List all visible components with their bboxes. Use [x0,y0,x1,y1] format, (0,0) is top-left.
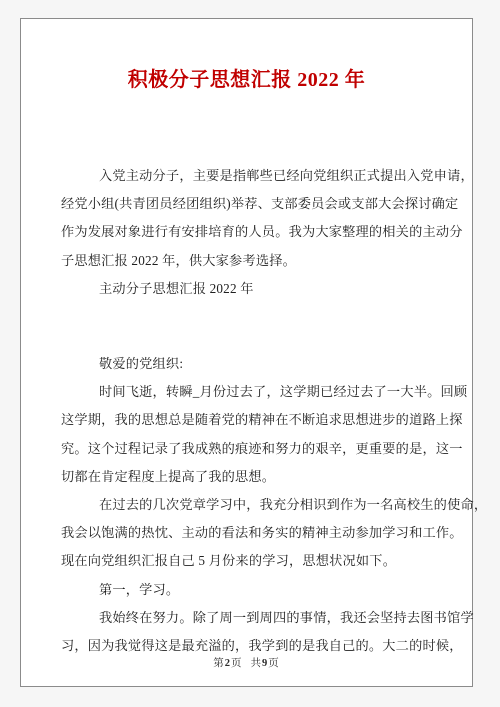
paragraph-line: 主动分子思想汇报 2022 年 [61,275,448,303]
footer-page-prefix: 第 [213,658,225,669]
page-footer: 第2页共9页 [21,655,472,670]
paragraph: 入党主动分子，主要是指郸些已经向党组织正式提出入党申请，经党小组(共青团员经团组… [61,162,448,275]
paragraph-line: 切都在肯定程度上提高了我的思想。 [61,463,448,491]
paragraph: 敬爱的党组织: [61,350,448,378]
paragraph: 我始终在努力。除了周一到周四的事情，我还会坚持去图书馆学习，因为我觉得这是最充溢… [61,604,448,660]
paragraph: 主动分子思想汇报 2022 年 [61,275,448,303]
blank-spacer [61,303,448,350]
footer-page-label: 页 [231,658,243,669]
paragraph-line: 究。这个过程记录了我成熟的痕迹和努力的艰辛，更重要的是，这一 [61,435,448,463]
paragraph-line: 我始终在努力。除了周一到周四的事情，我还会坚持去图书馆学 [61,604,448,632]
paragraph-line: 时间飞逝，转瞬_月份过去了，这学期已经过去了一大半。回顾 [61,378,448,406]
document-body: 入党主动分子，主要是指郸些已经向党组织正式提出入党申请，经党小组(共青团员经团组… [21,162,472,660]
paragraph-line: 作为发展对象进行有安排培育的人员。我为大家整理的相关的主动分 [61,218,448,246]
paragraph-line: 第一，学习。 [61,576,448,604]
paragraph-line: 现在向党组织汇报自己 5 月份来的学习，思想状况如下。 [61,547,448,575]
paragraph-line: 在过去的几次党章学习中，我充分相识到作为一名高校生的使命， [61,491,448,519]
paragraph-line: 敬爱的党组织: [61,350,448,378]
paragraph-line: 子思想汇报 2022 年，供大家参考选择。 [61,247,448,275]
footer-total-label: 页 [268,658,280,669]
paragraph: 第一，学习。 [61,576,448,604]
paragraph-line: 这学期，我的思想总是随着党的精神在不断追求思想进步的道路上探 [61,406,448,434]
paragraph-line: 经党小组(共青团员经团组织)举荐、支部委员会或支部大会探讨确定 [61,190,448,218]
document-page: 积极分子思想汇报 2022 年 入党主动分子，主要是指郸些已经向党组织正式提出入… [20,18,473,687]
paragraph: 在过去的几次党章学习中，我充分相识到作为一名高校生的使命，我会以饱满的热忱、主动… [61,491,448,576]
paragraph-line: 我会以饱满的热忱、主动的看法和务实的精神主动参加学习和工作。 [61,519,448,547]
footer-total-prefix: 共 [251,658,263,669]
document-viewport: { "page": { "title": { "text": "积极分子思想汇报… [0,0,500,707]
paragraph-line: 入党主动分子，主要是指郸些已经向党组织正式提出入党申请， [61,162,448,190]
document-title: 积极分子思想汇报 2022 年 [21,63,472,92]
paragraph: 时间飞逝，转瞬_月份过去了，这学期已经过去了一大半。回顾这学期，我的思想总是随着… [61,378,448,491]
